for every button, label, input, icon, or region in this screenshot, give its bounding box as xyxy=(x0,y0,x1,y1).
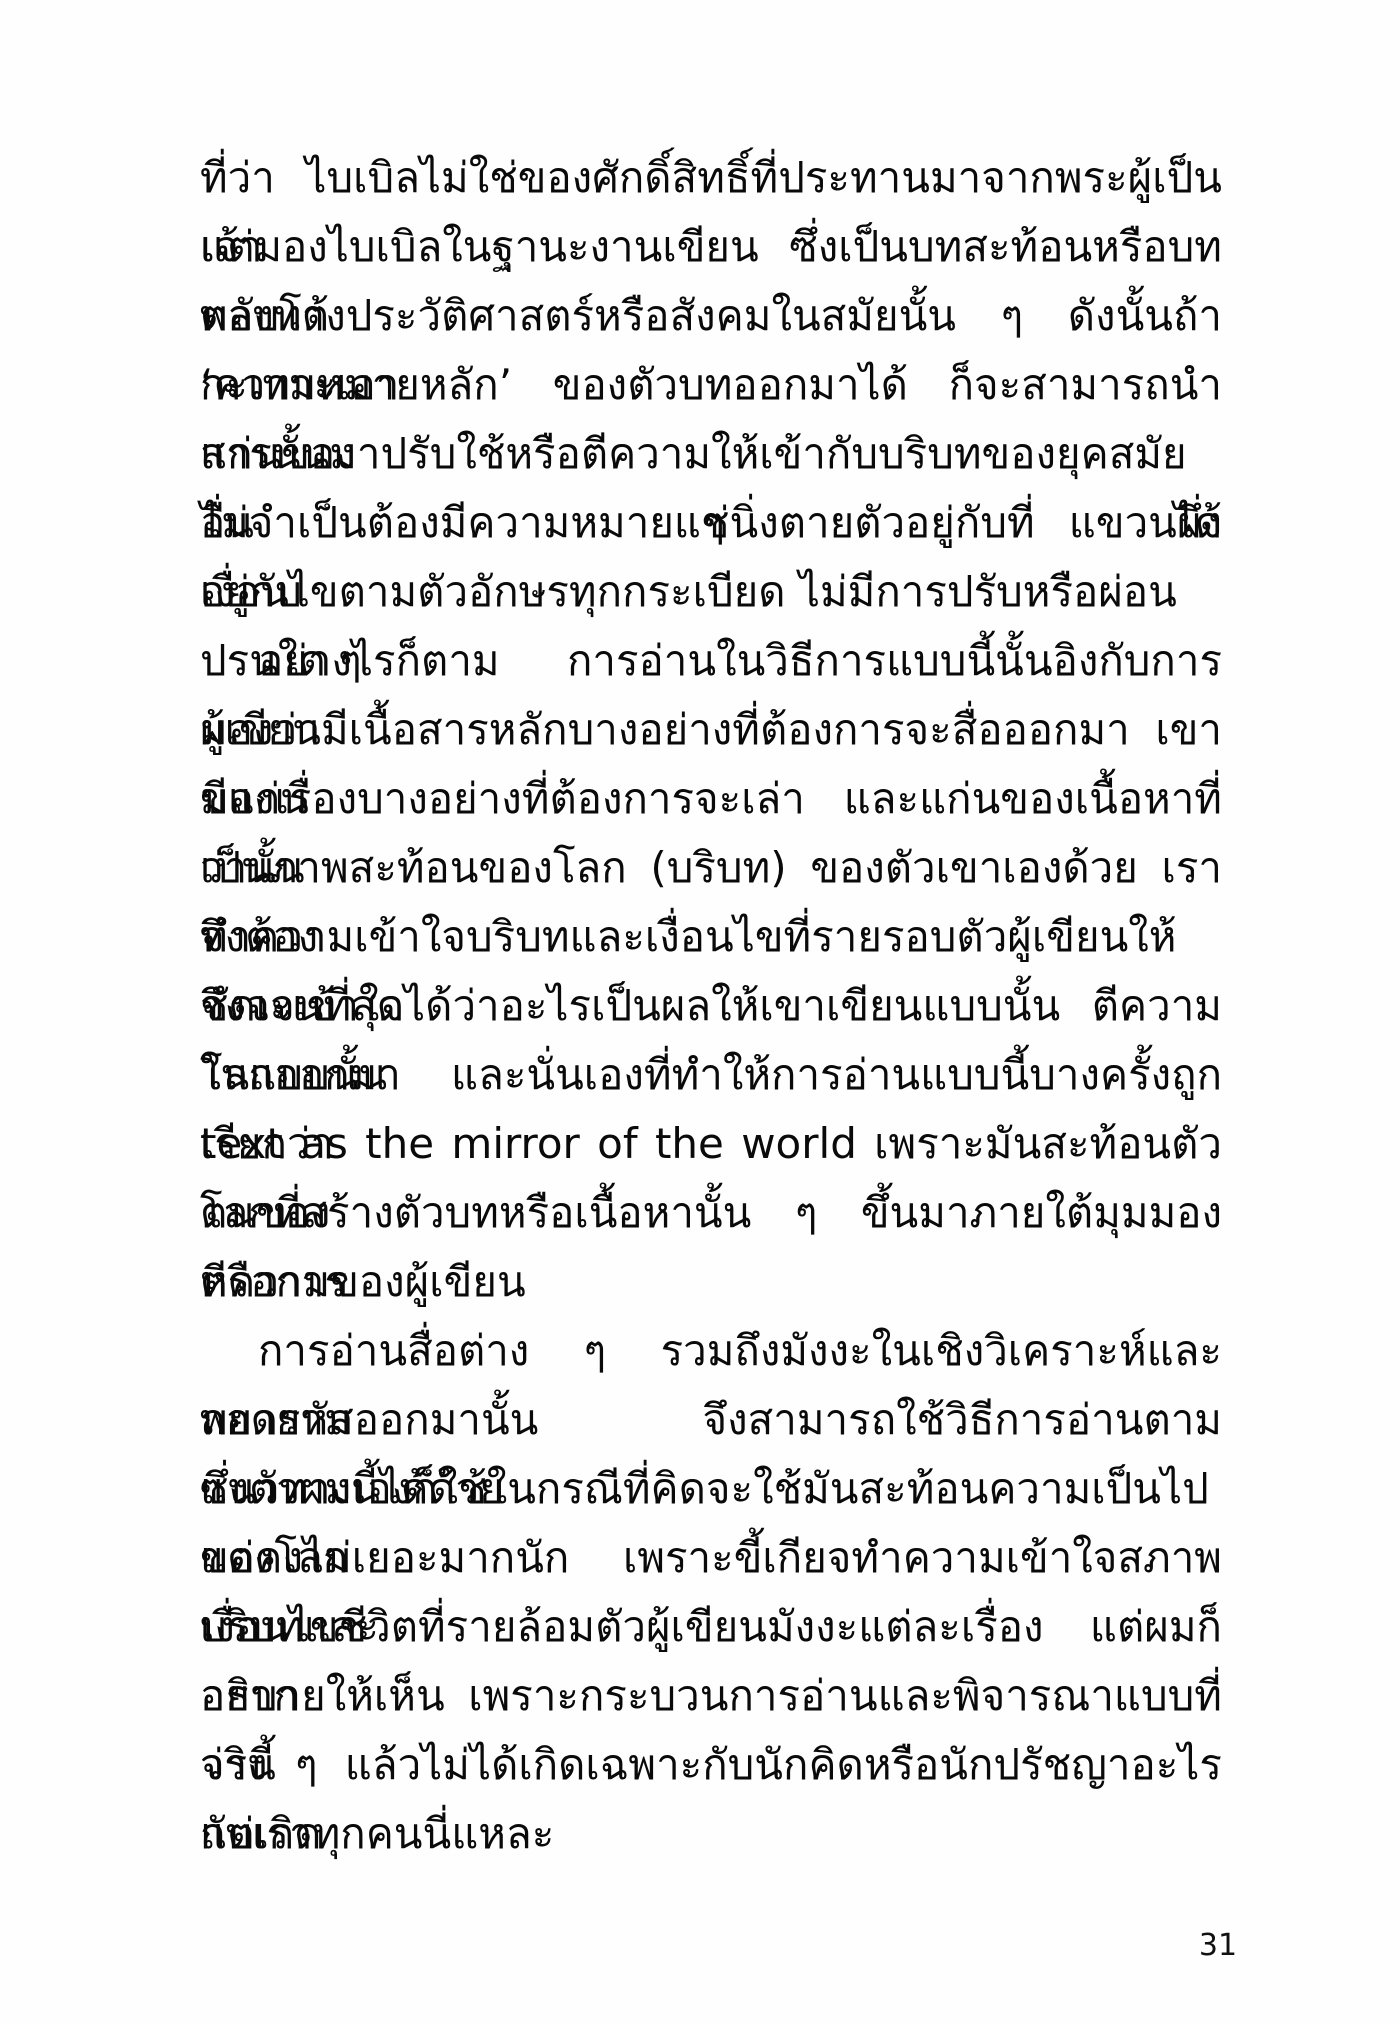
text-line: แต่มองไบเบิลในฐานะงานเขียน ซึ่งเป็นบทสะท… xyxy=(200,212,1222,281)
text-line: ทำความเข้าใจบริบทและเงื่อนไขที่รายรอบตัว… xyxy=(200,902,1222,971)
text-line: กับเราทุกคนนี่แหละ xyxy=(200,1799,1222,1868)
text-line: อย่างไรก็ตาม การอ่านในวิธีการแบบนี้นั้นอ… xyxy=(200,626,1222,695)
text-line: ตีความของผู้เขียน xyxy=(200,1247,1222,1316)
text-line: ‘ความหมายหลัก’ ของตัวบทออกมาได้ ก็จะสามา… xyxy=(200,350,1222,419)
paragraph: อย่างไรก็ตาม การอ่านในวิธีการแบบนี้นั้นอ… xyxy=(200,626,1222,1316)
text-line: ถอดรหัสออกมานั้น จึงสามารถใช้วิธีการอ่าน… xyxy=(200,1385,1222,1454)
paragraph: การอ่านสื่อต่าง ๆ รวมถึงมังงะในเชิงวิเคร… xyxy=(200,1316,1222,1868)
text-line: จึงจะเข้าใจได้ว่าอะไรเป็นผลให้เขาเขียนแบ… xyxy=(200,971,1222,1040)
text-line: ของเรื่องบางอย่างที่ต้องการจะเล่า และแก่… xyxy=(200,764,1222,833)
text-line: เป็นภาพสะท้อนของโลก (บริบท) ของตัวเขาเอง… xyxy=(200,833,1222,902)
text-line: text as the mirror of the world เพราะมัน… xyxy=(200,1109,1222,1178)
text-line: การอ่านสื่อต่าง ๆ รวมถึงมังงะในเชิงวิเคร… xyxy=(200,1316,1222,1385)
text-line: เงื่อนไขตามตัวอักษรทุกกระเบียด ไม่มีการป… xyxy=(200,557,1222,626)
text-line: ที่ว่า ไบเบิลไม่ใช่ของศักดิ์สิทธิ์ที่ประ… xyxy=(200,143,1222,212)
text-line: ซึ่งตัวผมเองก็ใช้ในกรณีที่คิดจะใช้มันสะท… xyxy=(200,1454,1222,1523)
text-line: อธิบายให้เห็น เพราะกระบวนการอ่านและพิจาร… xyxy=(200,1661,1222,1730)
text-line: ในแบบนั้น และนั่นเองที่ทำให้การอ่านแบบนี… xyxy=(200,1040,1222,1109)
text-line: ผู้เขียนมีเนื้อสารหลักบางอย่างที่ต้องการ… xyxy=(200,695,1222,764)
text-line: ไม่จำเป็นต้องมีความหมายแช่นิ่งตายตัวอยู่… xyxy=(200,488,1222,557)
page-number: 31 xyxy=(1178,1928,1258,1964)
text-line: จริง ๆ แล้วไม่ได้เกิดเฉพาะกับนักคิดหรือน… xyxy=(200,1730,1222,1799)
text-line: เงื่อนไขชีวิตที่รายล้อมตัวผู้เขียนมังงะแ… xyxy=(200,1592,1222,1661)
text-line: พลังทางประวัติศาสตร์หรือสังคมในสมัยนั้น … xyxy=(200,281,1222,350)
text-block: ที่ว่า ไบเบิลไม่ใช่ของศักดิ์สิทธิ์ที่ประ… xyxy=(200,143,1222,1868)
paragraph: ที่ว่า ไบเบิลไม่ใช่ของศักดิ์สิทธิ์ที่ประ… xyxy=(200,143,1222,626)
text-line: แต่คงไม่เยอะมากนัก เพราะขี้เกียจทำความเข… xyxy=(200,1523,1222,1592)
book-page: ที่ว่า ไบเบิลไม่ใช่ของศักดิ์สิทธิ์ที่ประ… xyxy=(0,0,1400,2024)
text-line: สารนั้นมาปรับใช้หรือตีความให้เข้ากับบริบ… xyxy=(200,419,1222,488)
text-line: โลกที่สร้างตัวบทหรือเนื้อหานั้น ๆ ขึ้นมา… xyxy=(200,1178,1222,1247)
